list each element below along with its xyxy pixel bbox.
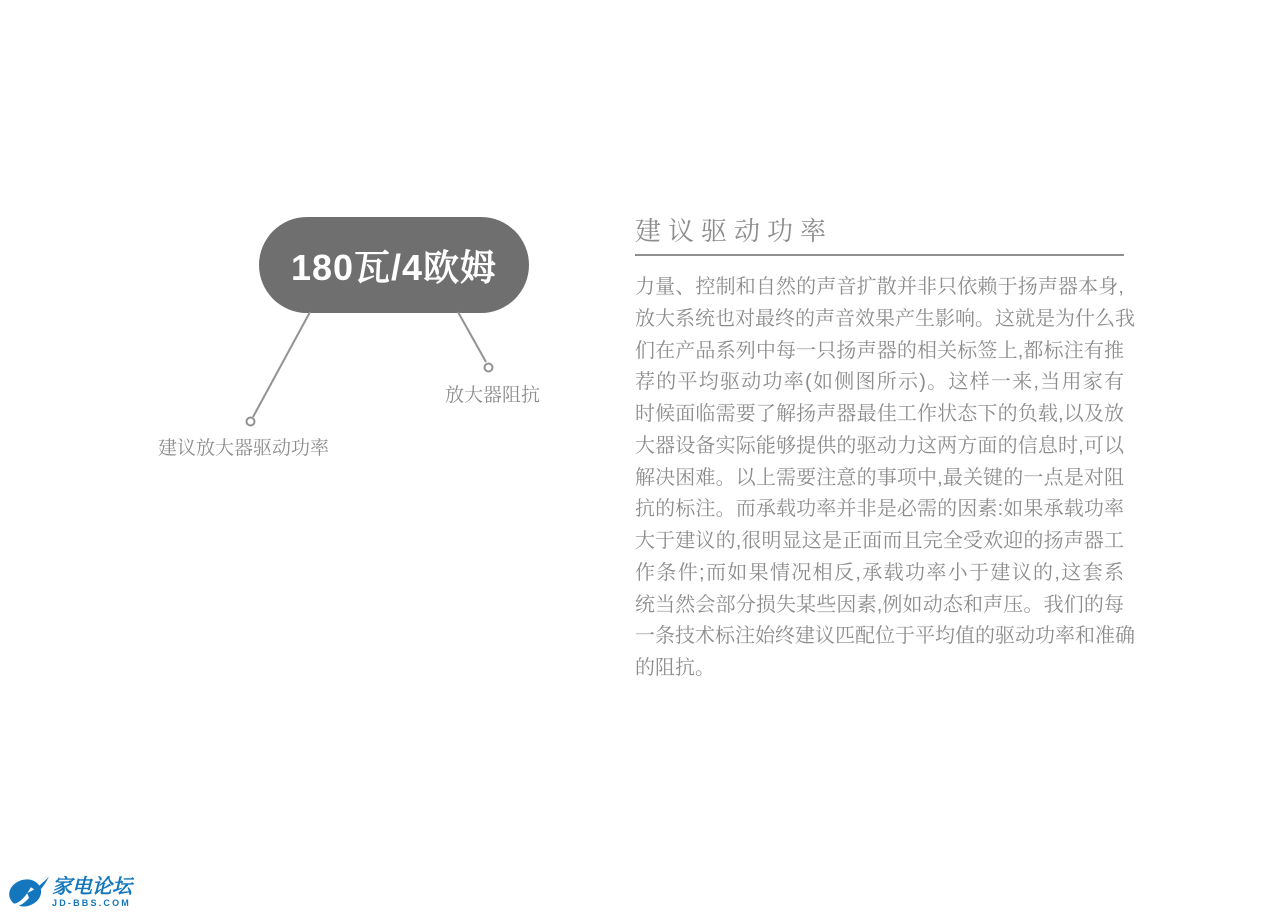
callout-dot-impedance xyxy=(485,364,493,372)
body-line: 一条技术标注始终建议匹配位于平均值的驱动功率和准确 xyxy=(635,621,1124,653)
article-title: 建议驱动功率 xyxy=(635,216,1127,246)
body-line: 时候面临需要了解扬声器最佳工作状态下的负载,以及放 xyxy=(635,399,1124,431)
body-line: 力量、控制和自然的声音扩散并非只依赖于扬声器本身, xyxy=(635,272,1124,304)
spec-badge-label: 180瓦/4欧姆 xyxy=(291,240,497,291)
body-line: 大于建议的,很明显这是正面而且完全受欢迎的扬声器工 xyxy=(635,526,1124,558)
watermark-domain: JD-BBS.COM xyxy=(52,898,132,908)
body-line: 大器设备实际能够提供的驱动力这两方面的信息时,可以 xyxy=(635,431,1124,463)
callout-line-impedance xyxy=(458,312,486,362)
spec-badge: 180瓦/4欧姆 xyxy=(259,217,529,313)
watermark-brand: 家电论坛 xyxy=(52,876,132,898)
body-line: 的阻抗。 xyxy=(635,653,1124,685)
article: 建议驱动功率 力量、控制和自然的声音扩散并非只依赖于扬声器本身, 放大系统也对最… xyxy=(635,216,1127,685)
callout-label-impedance: 放大器阻抗 xyxy=(445,380,540,407)
jd-bbs-watermark: 家电论坛 JD-BBS.COM xyxy=(7,873,132,911)
body-line: 们在产品系列中每一只扬声器的相关标签上,都标注有推 xyxy=(635,336,1124,368)
title-underline xyxy=(635,254,1124,256)
body-line: 作条件;而如果情况相反,承载功率小于建议的,这套系 xyxy=(635,558,1124,590)
body-line: 荐的平均驱动功率(如侧图所示)。这样一来,当用家有 xyxy=(635,367,1124,399)
manual-page: 180瓦/4欧姆 放大器阻抗 建议放大器驱动功率 建议驱动功率 力量、控制和自然… xyxy=(0,0,1280,914)
body-line: 放大系统也对最终的声音效果产生影响。这就是为什么我 xyxy=(635,304,1124,336)
swoosh-logo-icon xyxy=(7,873,49,911)
callout-dot-power xyxy=(247,418,255,426)
watermark-text: 家电论坛 JD-BBS.COM xyxy=(52,876,132,908)
body-line: 统当然会部分损失某些因素,例如动态和声压。我们的每 xyxy=(635,590,1124,622)
callout-line-power xyxy=(253,312,310,417)
body-line: 解决困难。以上需要注意的事项中,最关键的一点是对阻 xyxy=(635,463,1124,495)
article-body: 力量、控制和自然的声音扩散并非只依赖于扬声器本身, 放大系统也对最终的声音效果产… xyxy=(635,272,1124,685)
body-line: 抗的标注。而承载功率并非是必需的因素:如果承载功率 xyxy=(635,494,1124,526)
callout-label-power: 建议放大器驱动功率 xyxy=(158,433,329,460)
